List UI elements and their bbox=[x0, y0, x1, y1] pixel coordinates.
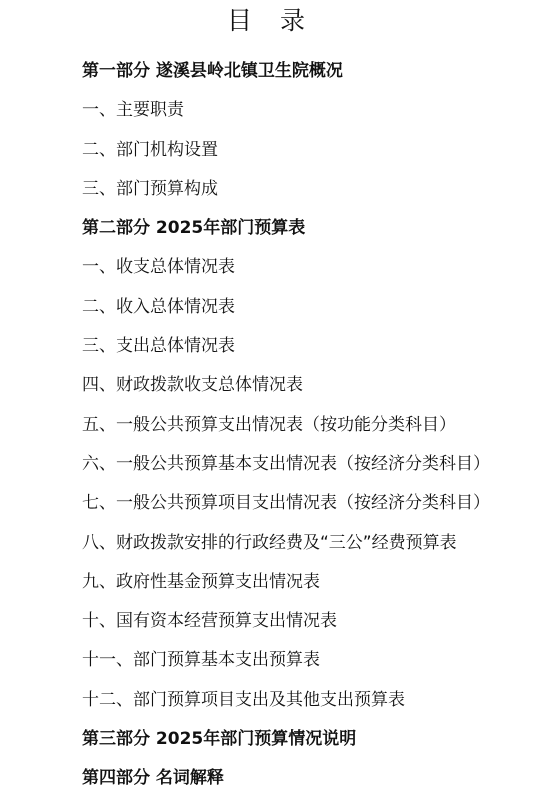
toc-item[interactable]: 二、部门机构设置 bbox=[82, 135, 490, 174]
toc-item[interactable]: 三、部门预算构成 bbox=[82, 174, 490, 213]
toc-part-2[interactable]: 第二部分 2025年部门预算表 bbox=[82, 213, 490, 252]
toc-part-4[interactable]: 第四部分 名词解释 bbox=[82, 763, 490, 798]
toc-item[interactable]: 一、主要职责 bbox=[82, 95, 490, 134]
toc-item[interactable]: 八、财政拨款安排的行政经费及“三公”经费预算表 bbox=[82, 528, 490, 567]
toc-part-3[interactable]: 第三部分 2025年部门预算情况说明 bbox=[82, 724, 490, 763]
toc-title: 目 录 bbox=[0, 4, 542, 38]
toc-item[interactable]: 六、一般公共预算基本支出情况表（按经济分类科目） bbox=[82, 449, 490, 488]
toc-item[interactable]: 三、支出总体情况表 bbox=[82, 331, 490, 370]
table-of-contents: 第一部分 遂溪县岭北镇卫生院概况 一、主要职责 二、部门机构设置 三、部门预算构… bbox=[82, 56, 490, 798]
toc-item[interactable]: 五、一般公共预算支出情况表（按功能分类科目） bbox=[82, 410, 490, 449]
toc-item[interactable]: 十二、部门预算项目支出及其他支出预算表 bbox=[82, 685, 490, 724]
toc-item[interactable]: 十一、部门预算基本支出预算表 bbox=[82, 645, 490, 684]
toc-item[interactable]: 九、政府性基金预算支出情况表 bbox=[82, 567, 490, 606]
toc-item[interactable]: 一、收支总体情况表 bbox=[82, 252, 490, 291]
toc-item[interactable]: 四、财政拨款收支总体情况表 bbox=[82, 370, 490, 409]
toc-item[interactable]: 七、一般公共预算项目支出情况表（按经济分类科目） bbox=[82, 488, 490, 527]
toc-item[interactable]: 十、国有资本经营预算支出情况表 bbox=[82, 606, 490, 645]
toc-item[interactable]: 二、收入总体情况表 bbox=[82, 292, 490, 331]
toc-part-1[interactable]: 第一部分 遂溪县岭北镇卫生院概况 bbox=[82, 56, 490, 95]
